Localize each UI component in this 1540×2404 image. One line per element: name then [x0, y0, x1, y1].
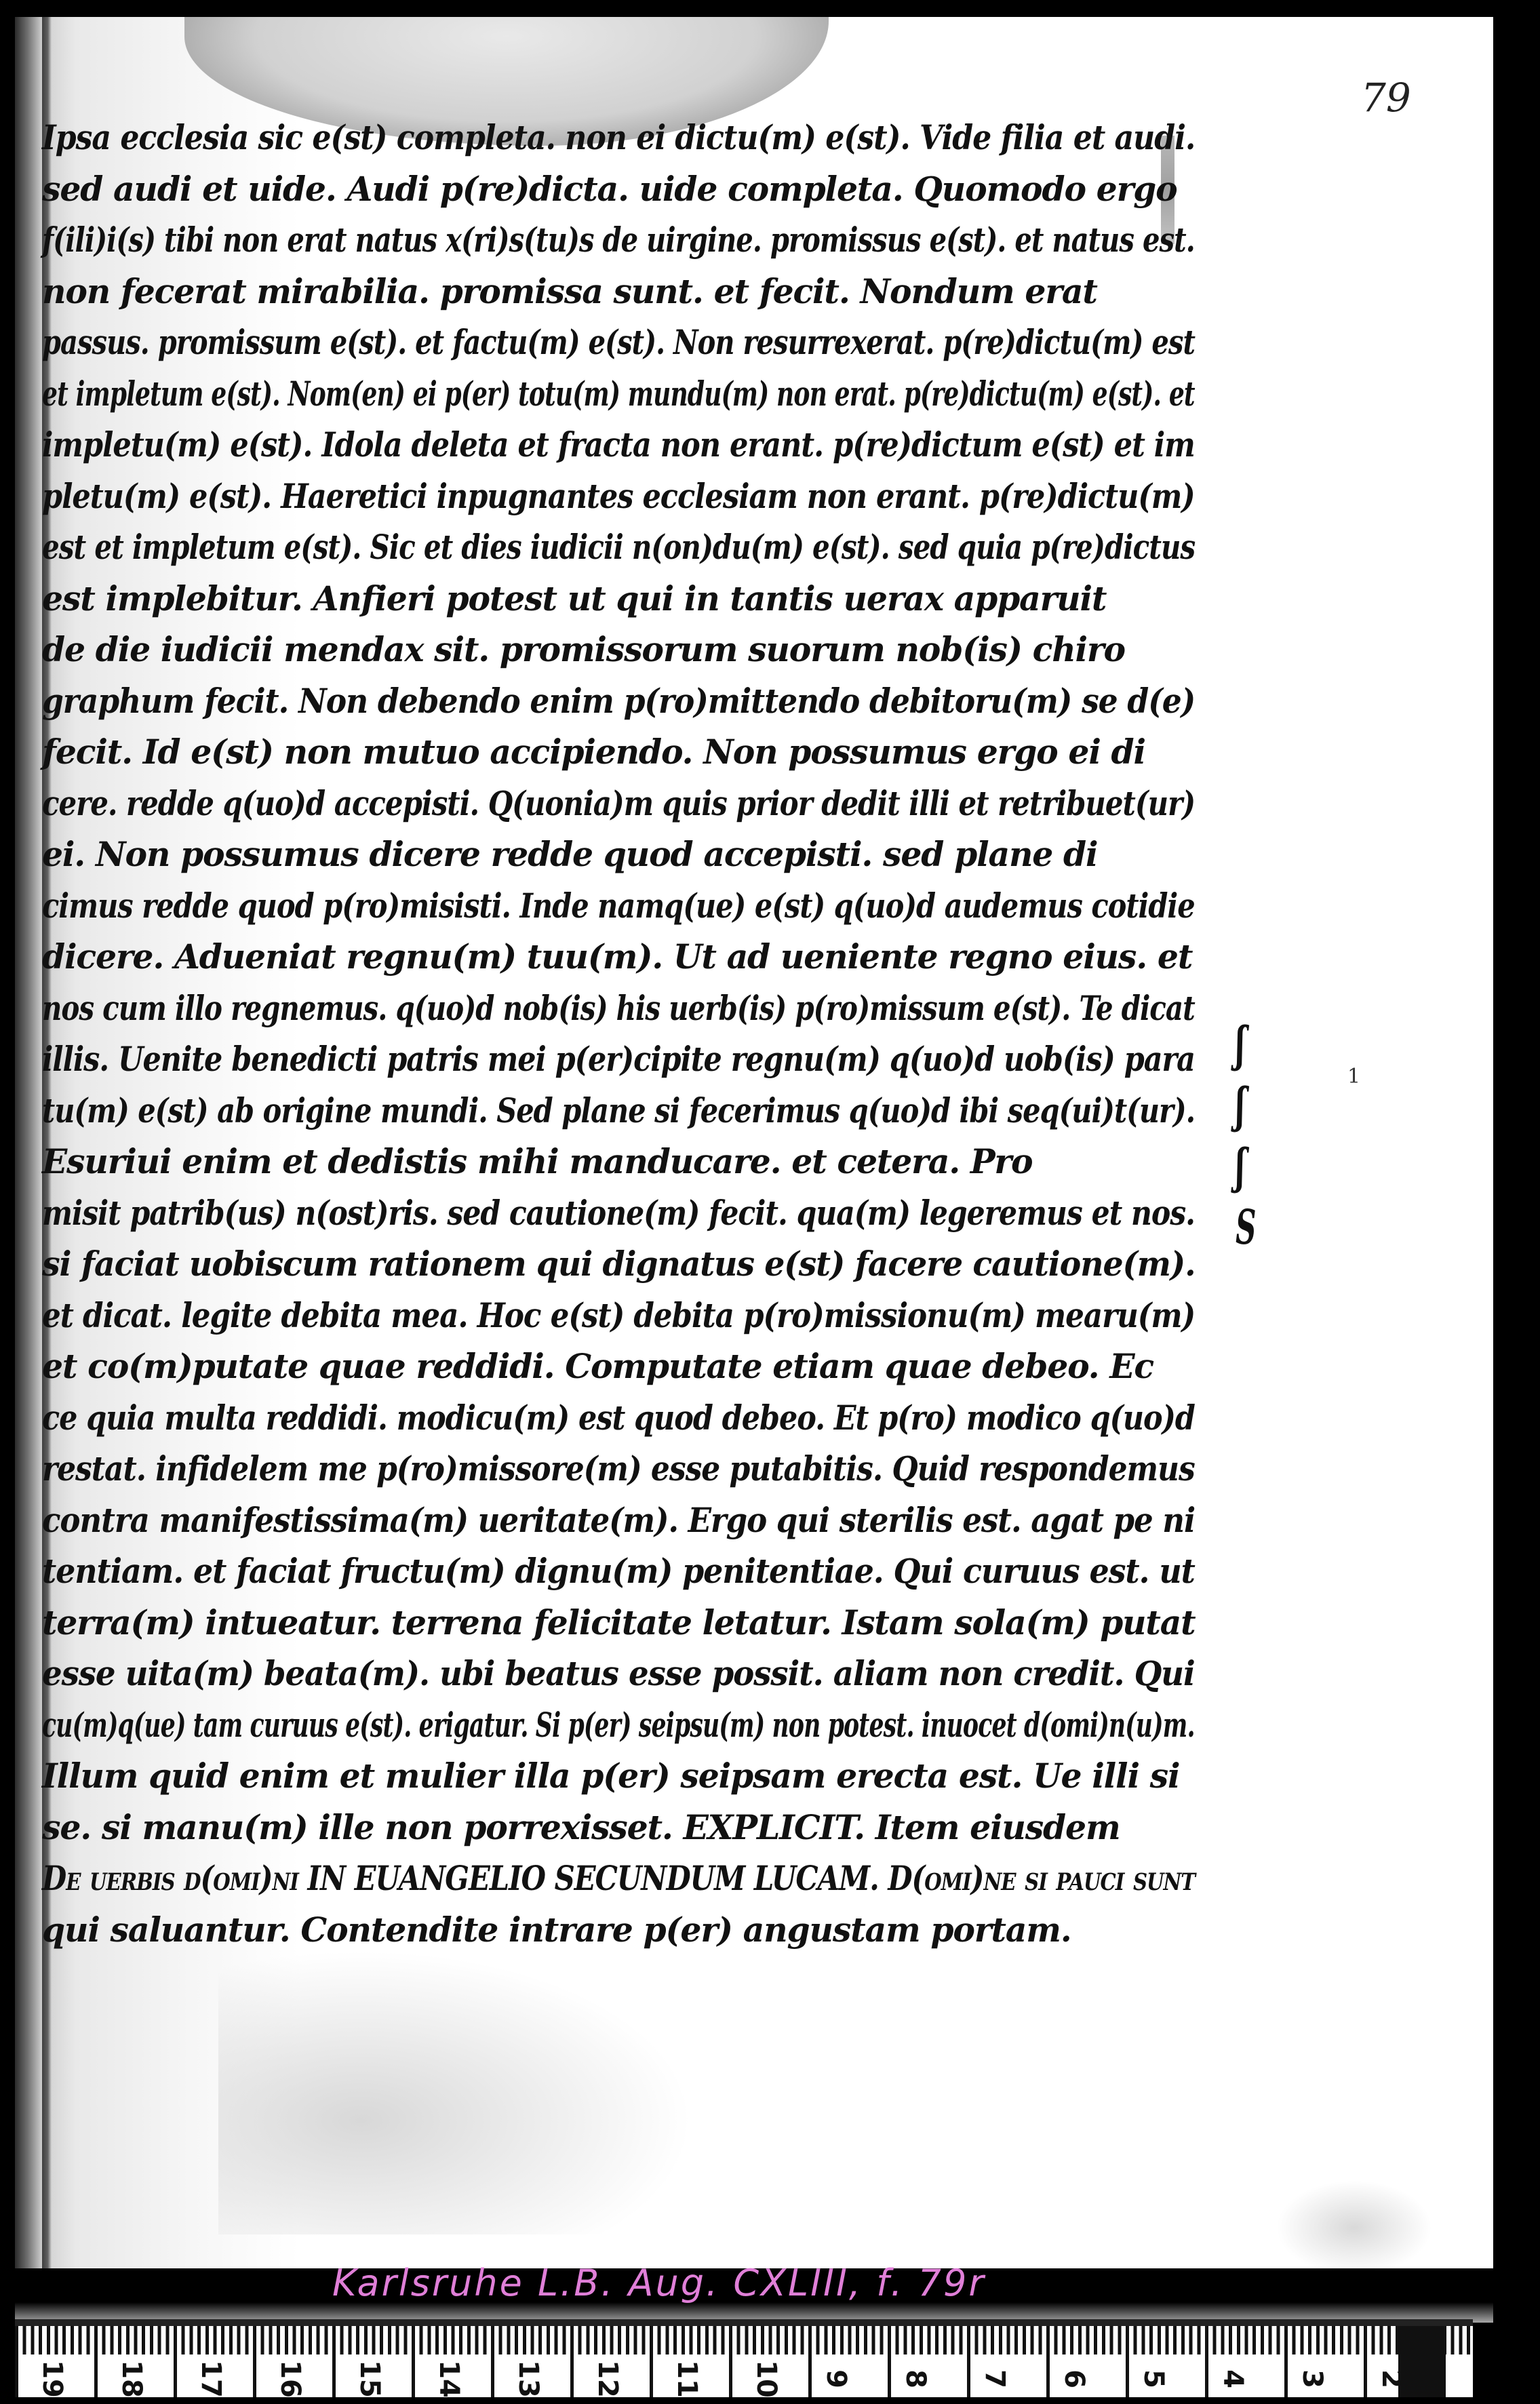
- ruler-cell: 19: [15, 2326, 94, 2397]
- folio-number: 79: [1361, 75, 1411, 121]
- ruler-cell: 18: [94, 2326, 174, 2397]
- text-line: cu(m)q(ue) tam curuus e(st). erigatur. S…: [42, 1699, 859, 1751]
- ruler-cell: 17: [174, 2326, 253, 2397]
- margin-mark: ʃ: [1236, 1075, 1256, 1136]
- ruler-number: 19: [37, 2360, 68, 2397]
- measuring-ruler: 19 18 17 16 15 14 13 12 11 10 9 8 7 6 5 …: [15, 2319, 1473, 2397]
- water-stain-bottom: [218, 1950, 693, 2234]
- text-line: qui saluantur. Contendite intrare p(er) …: [42, 1904, 1195, 1956]
- text-line: misit patrib(us) n(ost)ris. sed cautione…: [42, 1187, 1046, 1239]
- text-line: cimus redde quod p(ro)misisti. Inde namq…: [42, 880, 1023, 932]
- text-line: nos cum illo regnemus. q(uo)d nob(is) hi…: [42, 983, 995, 1034]
- manuscript-text-block: Ipsa ecclesia sic e(st) completa. non ei…: [42, 112, 1222, 1955]
- shelfmark-label: Karlsruhe L.B. Aug. CXLIII, f. 79r: [332, 2262, 986, 2304]
- text-line: se. si manu(m) ille non porrexisset. EXP…: [42, 1802, 1195, 1853]
- text-line: et dicat. legite debita mea. Hoc e(st) d…: [42, 1290, 1072, 1341]
- margin-mark: ʃ: [1236, 1136, 1256, 1197]
- text-line: non fecerat mirabilia. promissa sunt. et…: [42, 266, 1195, 317]
- text-line: tu(m) e(st) ab origine mundi. Sed plane …: [42, 1085, 1023, 1137]
- ruler-number: 12: [592, 2360, 623, 2397]
- margin-mark: ʃ: [1236, 1014, 1256, 1075]
- text-line: tentiam. et faciat fructu(m) dignu(m) pe…: [42, 1545, 1126, 1597]
- margin-number: 1: [1347, 1065, 1360, 1088]
- ruler-number: 14: [433, 2360, 465, 2397]
- text-line: est et impletum e(st). Sic et dies iudic…: [42, 521, 996, 573]
- text-line: cere. redde q(uo)d accepisti. Q(uonia)m …: [42, 778, 1031, 829]
- ruler-cell: 11: [650, 2326, 729, 2397]
- text-line: terra(m) intueatur. terrena felicitate l…: [42, 1597, 1191, 1649]
- text-line: ce quia multa reddidi. modicu(m) est quo…: [42, 1392, 1054, 1444]
- margin-marks: ʃ ʃ ʃ S: [1229, 1014, 1263, 1258]
- text-line: Illum quid enim et mulier illa p(er) sei…: [42, 1750, 1195, 1802]
- text-line: restat. infidelem me p(ro)missore(m) ess…: [42, 1443, 1080, 1495]
- ruler-cell: 14: [412, 2326, 491, 2397]
- ruler-cell: 13: [491, 2326, 570, 2397]
- rubric-line: De uerbis d(omi)ni IN EUANGELIO SECUNDUM…: [42, 1853, 1028, 1904]
- manuscript-page: 79 Ipsa ecclesia sic e(st) completa. non…: [15, 17, 1493, 2268]
- ruler-cell: 10: [729, 2326, 808, 2397]
- text-line: et impletum e(st). Nom(en) ei p(er) totu…: [42, 368, 894, 420]
- text-line: Esuriui enim et dedistis mihi manducare.…: [42, 1136, 1195, 1187]
- ruler-cell: 15: [332, 2326, 412, 2397]
- ruler-cell: 4: [1205, 2326, 1284, 2397]
- text-line: et co(m)putate quae reddidi. Computate e…: [42, 1341, 1195, 1392]
- ruler-number: 8: [900, 2369, 931, 2388]
- text-line: impletu(m) e(st). Idola deleta et fracta…: [42, 419, 1059, 471]
- ruler-cell: 6: [1046, 2326, 1126, 2397]
- margin-mark: S: [1236, 1197, 1256, 1258]
- text-line: esse uita(m) beata(m). ubi beatus esse p…: [42, 1648, 1143, 1699]
- text-line: de die iudicii mendax sit. promissorum s…: [42, 624, 1195, 675]
- text-line: passus. promissum e(st). et factu(m) e(s…: [42, 317, 986, 368]
- ruler-cell: 7: [967, 2326, 1046, 2397]
- ruler-number: 3: [1297, 2369, 1328, 2388]
- ruler-cell: 5: [1126, 2326, 1205, 2397]
- ruler-cell: 9: [808, 2326, 888, 2397]
- ruler-cell: 16: [253, 2326, 332, 2397]
- ruler-number: 7: [979, 2369, 1010, 2388]
- ruler-number: 11: [671, 2360, 703, 2397]
- text-line: Ipsa ecclesia sic e(st) completa. non ei…: [42, 112, 1086, 163]
- water-stain-bottom-right: [1276, 2180, 1432, 2268]
- ruler-cell: 8: [888, 2326, 967, 2397]
- ruler-number: 9: [821, 2369, 852, 2388]
- text-line: si faciat uobiscum rationem qui dignatus…: [42, 1238, 1161, 1290]
- ruler-number: 16: [275, 2360, 306, 2397]
- ruler-number: 17: [195, 2360, 226, 2397]
- text-line: est implebitur. Anfieri potest ut qui in…: [42, 573, 1195, 625]
- ruler-number: 10: [751, 2360, 782, 2397]
- ruler-number: 18: [116, 2360, 147, 2397]
- text-line: illis. Uenite benedicti patris mei p(er)…: [42, 1033, 1055, 1085]
- ruler-cell: 12: [570, 2326, 650, 2397]
- ruler-number: 4: [1217, 2369, 1248, 2388]
- ruler-cell: 3: [1284, 2326, 1364, 2397]
- text-line: pletu(m) e(st). Haeretici inpugnantes ec…: [42, 471, 1058, 522]
- ruler-number: 5: [1138, 2369, 1169, 2388]
- text-line: f(ili)i(s) tibi non erat natus x(ri)s(tu…: [42, 214, 988, 266]
- ruler-number: 13: [513, 2360, 544, 2397]
- text-line: dicere. Adueniat regnu(m) tuu(m). Ut ad …: [42, 931, 1195, 983]
- ruler-number: 15: [354, 2360, 385, 2397]
- text-line: graphum fecit. Non debendo enim p(ro)mit…: [42, 675, 1119, 727]
- text-line: sed audi et uide. Audi p(re)dicta. uide …: [42, 163, 1195, 215]
- ruler-end-block: [1398, 2326, 1446, 2397]
- text-line: ei. Non possumus dicere redde quod accep…: [42, 829, 1195, 880]
- text-line: fecit. Id e(st) non mutuo accipiendo. No…: [42, 726, 1195, 778]
- ruler-number: 6: [1059, 2369, 1090, 2388]
- text-line: contra manifestissima(m) ueritate(m). Er…: [42, 1495, 1107, 1546]
